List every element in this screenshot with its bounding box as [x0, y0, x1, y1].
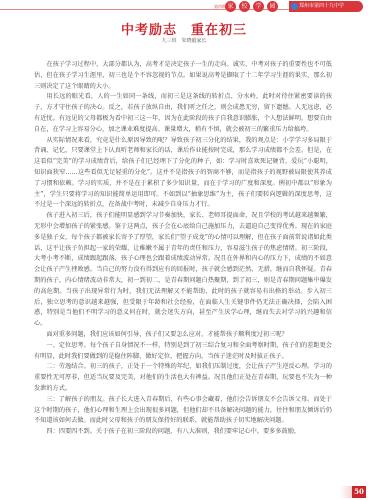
header-pill: 园: [267, 1, 278, 12]
school-banner: 郑州市第四十九中学: [289, 1, 363, 12]
page-header: 第四期 家 校 学 园 郑州市第四十九中学: [0, 0, 368, 14]
school-name: 郑州市第四十九中学: [299, 3, 344, 9]
article-title: 中考励志 重在初三: [0, 19, 368, 38]
header-pills: 家 校 学 园: [225, 1, 278, 12]
article-body: 在孩子学习过程中，大部分都认为，高考才是决定孩子一生的走向。诚实，中考对孩子的重…: [34, 60, 332, 438]
header-pill: 家: [225, 1, 236, 12]
paragraph: 在孩子学习过程中，大部分都认为，高考才是决定孩子一生的走向。诚实，中考对孩子的重…: [34, 60, 332, 92]
header-pill: 学: [253, 1, 264, 12]
page-number-fade: [340, 486, 352, 498]
paragraph: 从实际情况来看，究竟是什么原因导致的呢？导致孩子初三分化的结果，我的观点是：小学…: [34, 136, 332, 212]
paragraph: 面对重多问题，我们应该如何引导，孩子们又要怎么应对，才能帮孩子顺利度过初三呢？: [34, 330, 332, 341]
article-author: 九三班 朱晓毅家长: [0, 37, 368, 44]
paragraph: 一、定位思考。每个孩子自身情况不一样，特别是到了初三综合复习和全面考察时期，孩子…: [34, 341, 332, 363]
paragraph: 二：劳逸结合。初三的孩子，正处于一个特殊的年纪，如我们压制过度，会让孩子产生逆反…: [34, 362, 332, 394]
school-logo-icon: [291, 3, 298, 10]
paragraph: 三：了解孩子的朋友。孩子长大进入青春期后，有些心事会藏着，他们会告诉朋友不会告诉…: [34, 395, 332, 427]
paragraph: 孩子进入初三后，孩子们能明显感到学习节奏加快，家长、老师耳提面命，况且学校的考试…: [34, 211, 332, 330]
page-number: 50: [352, 486, 366, 498]
paragraph: 用长远的眼光看，人的一生如同一条线，而初三是这条线的转折点、分水岭，此时对待住紧…: [34, 92, 332, 135]
paragraph: 四：四要四不到。关于孩子在初三阶段的问题，有八大准则，我们要牢记心中。要多多鼓励…: [34, 427, 332, 438]
header-pill: 校: [239, 1, 250, 12]
